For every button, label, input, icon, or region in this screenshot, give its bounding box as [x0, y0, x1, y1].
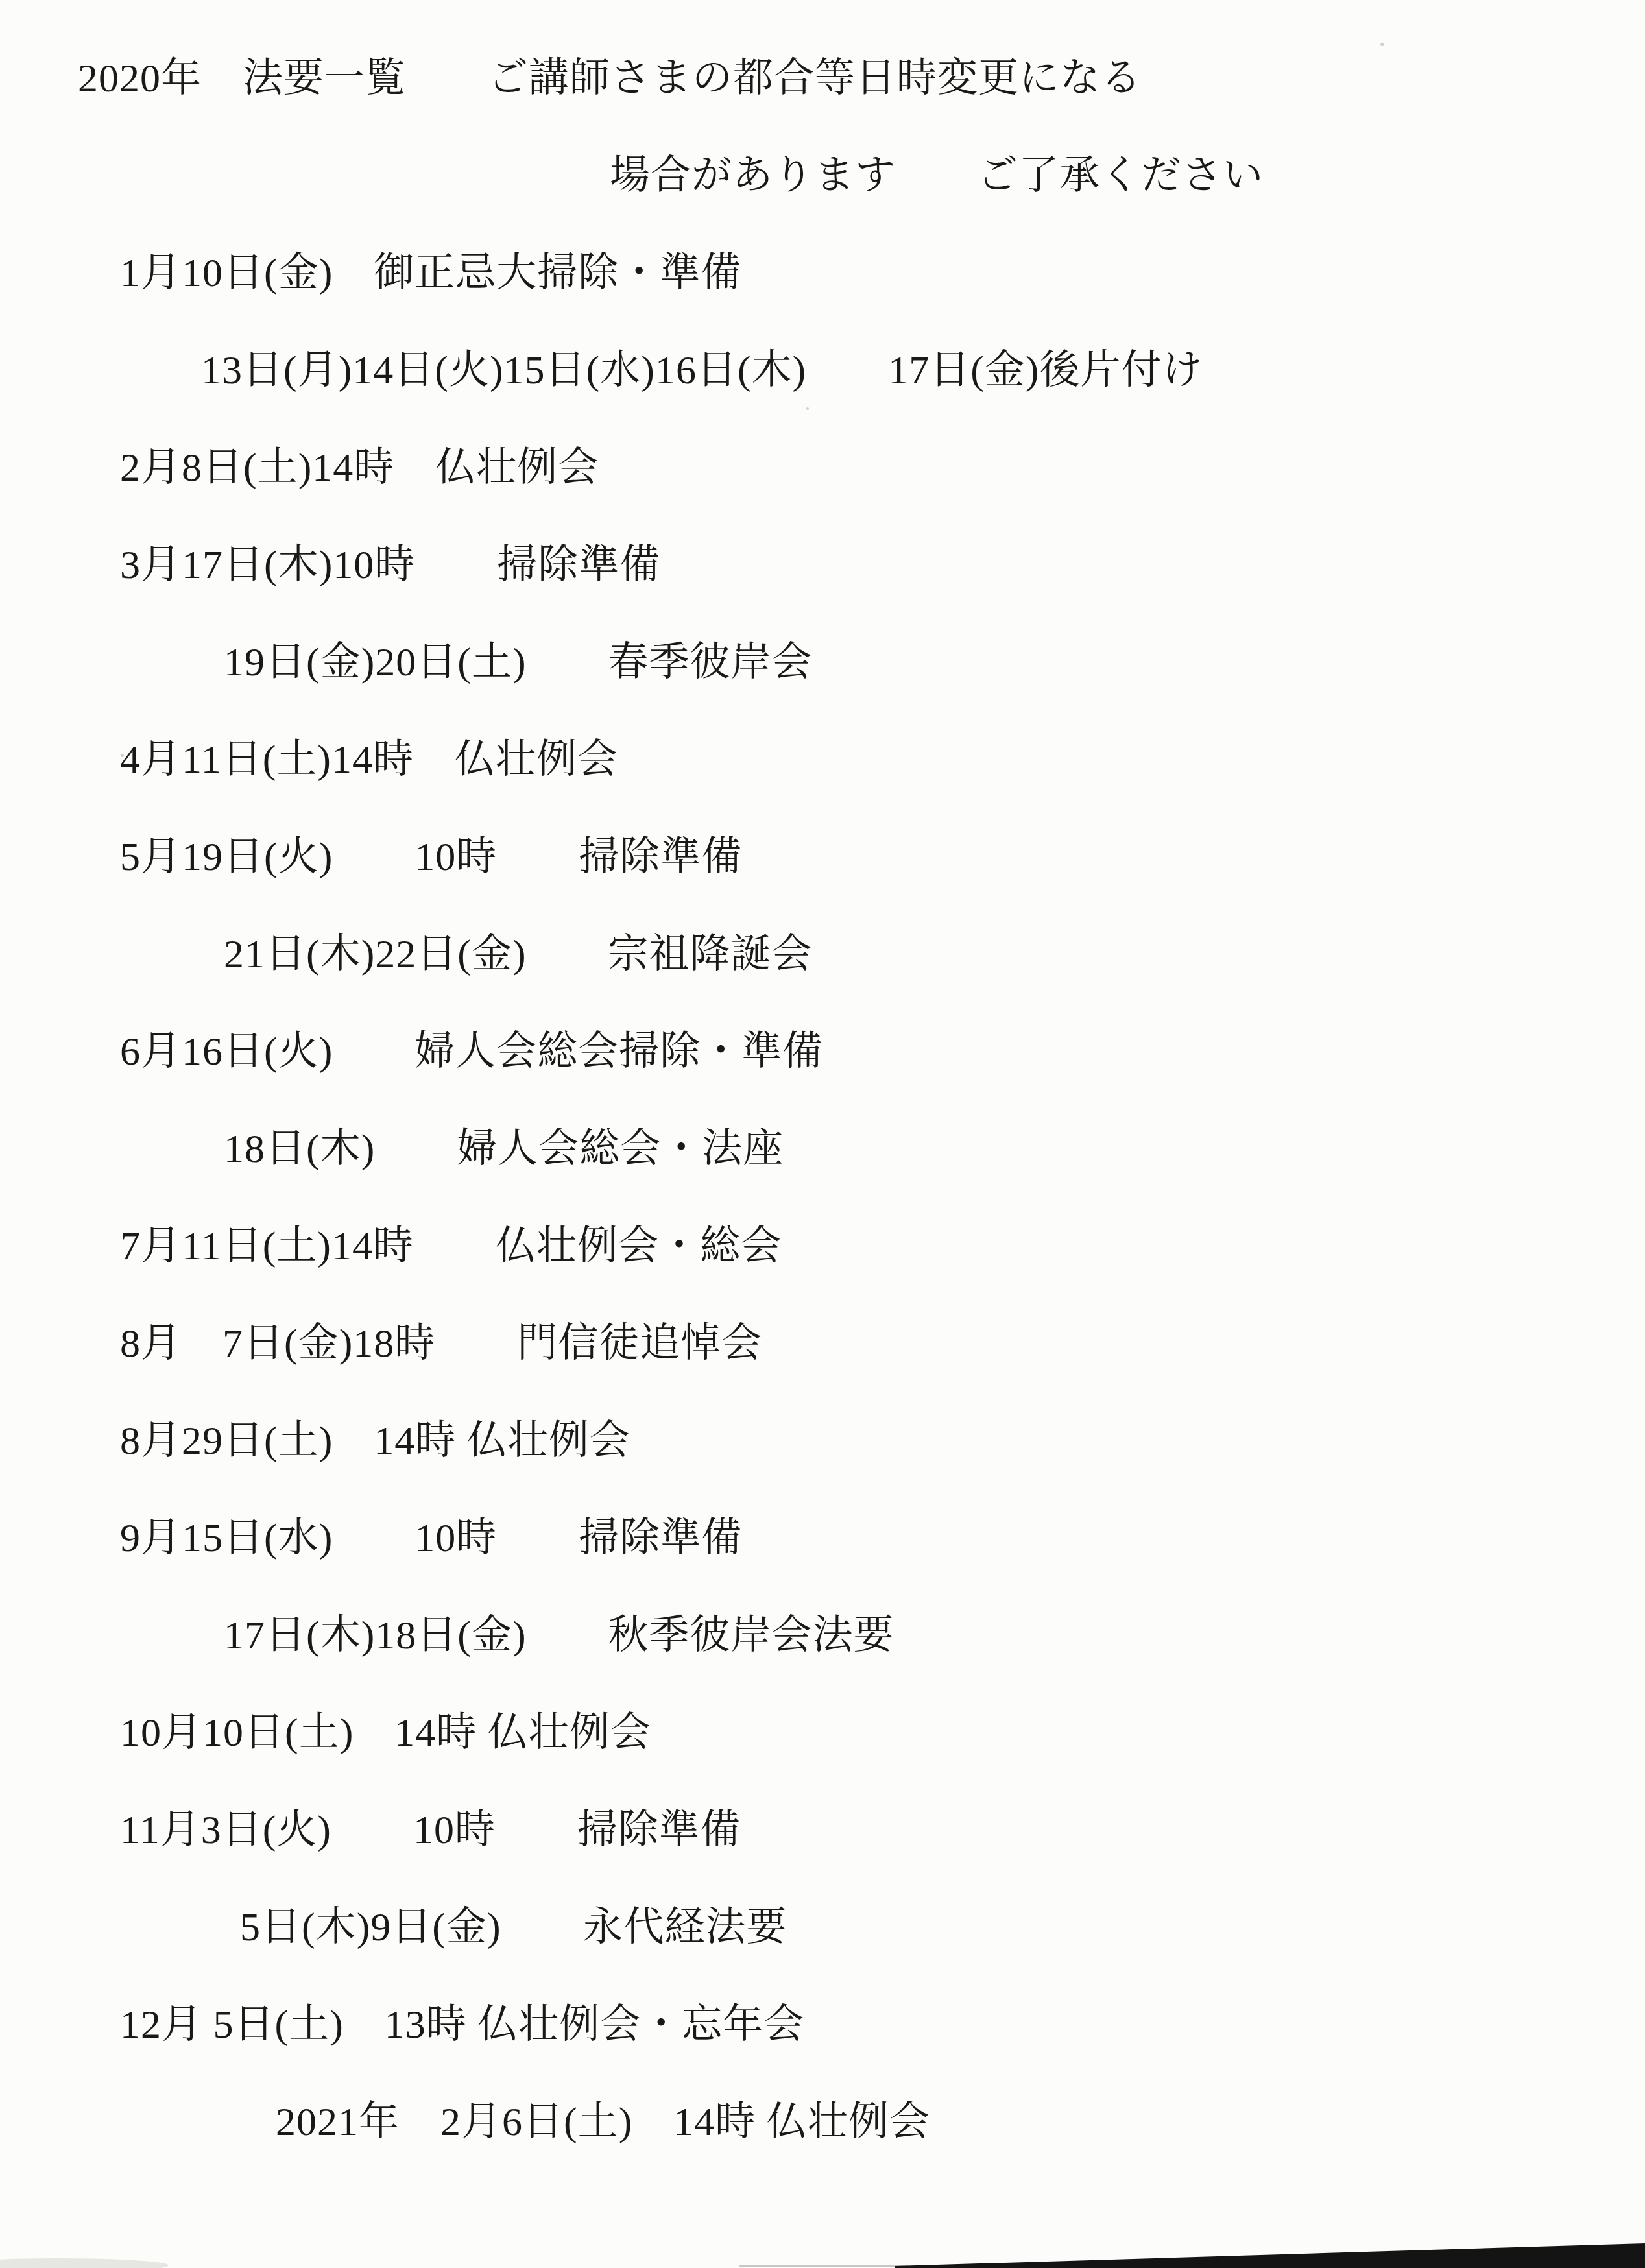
- document-title-line-2: 場合があります ご了承ください: [610, 127, 1645, 224]
- schedule-line: 2021年 2月6日(土) 14時 仏壮例会: [276, 2073, 1645, 2171]
- schedule-line: 17日(木)18日(金) 秋季彼岸会法要: [224, 1587, 1645, 1684]
- schedule-line: 18日(木) 婦人会総会・法座: [224, 1100, 1645, 1198]
- schedule-line: 12月 5日(土) 13時 仏壮例会・忘年会: [120, 1976, 1645, 2073]
- scan-smudge: [0, 2258, 169, 2268]
- schedule-line: 5月19日(火) 10時 掃除準備: [120, 808, 1645, 906]
- schedule-line: 7月11日(土)14時 仏壮例会・総会: [120, 1198, 1645, 1295]
- scan-edge-shadow: [0, 2236, 1645, 2268]
- schedule-line: 19日(金)20日(土) 春季彼岸会: [224, 614, 1645, 711]
- schedule-line: 5日(木)9日(金) 永代経法要: [240, 1879, 1645, 1976]
- schedule-line: 1月10日(金) 御正忌大掃除・準備: [120, 224, 1645, 322]
- schedule-line: 2月8日(土)14時 仏壮例会: [120, 419, 1645, 516]
- document-title-line-1: 2020年 法要一覧 ご講師さまの都合等日時変更になる: [78, 30, 1645, 127]
- schedule-line: 6月16日(火) 婦人会総会掃除・準備: [120, 1003, 1645, 1100]
- schedule-line: 13日(月)14日(火)15日(水)16日(木) 17日(金)後片付け: [201, 322, 1645, 419]
- scanned-document-page: 2020年 法要一覧 ご講師さまの都合等日時変更になる 場合があります ご了承く…: [0, 0, 1645, 2268]
- schedule-line: 3月17日(木)10時 掃除準備: [120, 516, 1645, 614]
- document-text-block: 2020年 法要一覧 ご講師さまの都合等日時変更になる 場合があります ご了承く…: [78, 30, 1645, 2171]
- schedule-line: 8月29日(土) 14時 仏壮例会: [120, 1392, 1645, 1490]
- scan-speck: [121, 754, 124, 757]
- scan-edge-wedge: [895, 2243, 1645, 2268]
- schedule-line: 8月 7日(金)18時 門信徒追悼会: [120, 1295, 1645, 1392]
- schedule-line: 21日(木)22日(金) 宗祖降誕会: [224, 906, 1645, 1003]
- schedule-line: 10月10日(土) 14時 仏壮例会: [120, 1684, 1645, 1781]
- event-lines: 1月10日(金) 御正忌大掃除・準備13日(月)14日(火)15日(水)16日(…: [78, 224, 1645, 2171]
- scan-speck: [806, 407, 809, 410]
- schedule-line: 9月15日(水) 10時 掃除準備: [120, 1490, 1645, 1587]
- schedule-line: 11月3日(火) 10時 掃除準備: [120, 1781, 1645, 1879]
- schedule-line: 4月11日(土)14時 仏壮例会: [120, 711, 1645, 808]
- scan-edge-line: [739, 2265, 908, 2267]
- scan-speck: [1380, 43, 1384, 46]
